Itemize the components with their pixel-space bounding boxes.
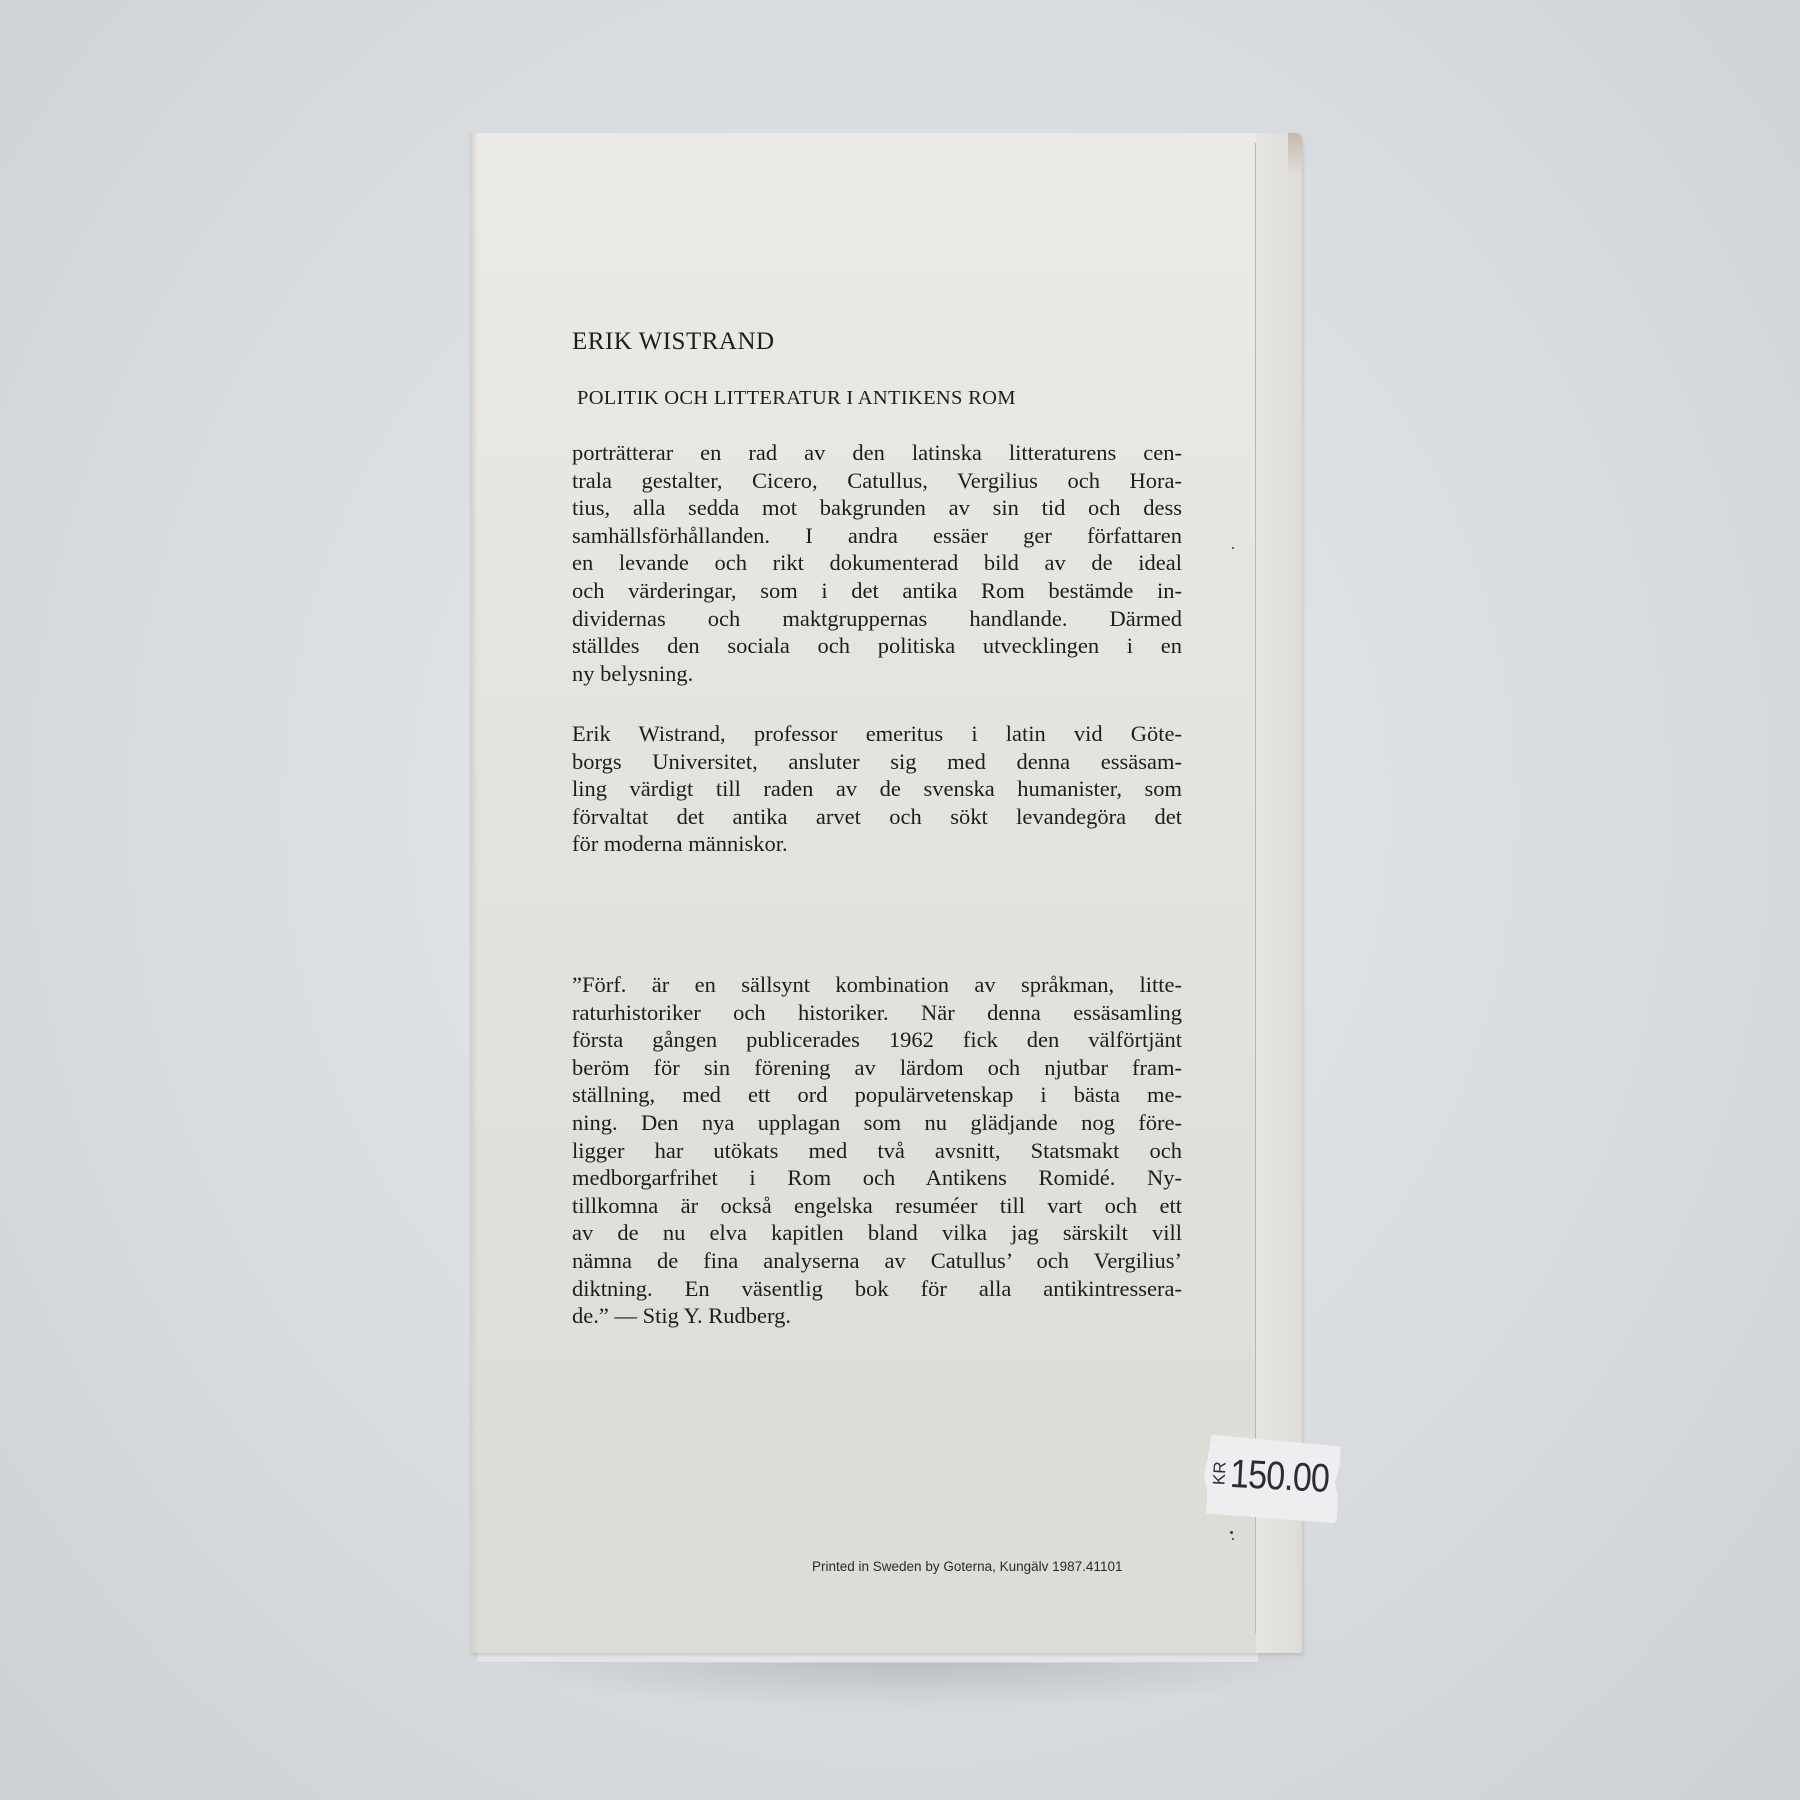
price-currency: KR xyxy=(1209,1461,1230,1486)
text-line: borgs Universitet, ansluter sig med denn… xyxy=(572,748,1182,776)
text-line: ”Förf. är en sällsynt kombination av spr… xyxy=(572,971,1182,999)
text-line: trala gestalter, Cicero, Catullus, Vergi… xyxy=(572,467,1182,495)
book-back-cover: ERIK WISTRAND POLITIK OCH LITTERATUR I A… xyxy=(470,133,1302,1653)
text-line: ny belysning. xyxy=(572,660,1182,688)
price-value: 150.00 xyxy=(1229,1452,1330,1502)
book-title: POLITIK OCH LITTERATUR I ANTIKENS ROM xyxy=(577,387,1016,410)
text-line: ligger har utökats med två avsnitt, Stat… xyxy=(572,1137,1182,1165)
text-line: raturhistoriker och historiker. När denn… xyxy=(572,999,1182,1027)
price-sticker: KR 150.00 xyxy=(1202,1435,1341,1524)
printer-imprint: Printed in Sweden by Goterna, Kungälv 19… xyxy=(812,1559,1122,1574)
text-line: tius, alla sedda mot bakgrunden av sin t… xyxy=(572,494,1182,522)
text-line: diktning. En väsentlig bok för alla anti… xyxy=(572,1275,1182,1303)
text-line: förvaltat det antika arvet och sökt leva… xyxy=(572,803,1182,831)
text-line: samhällsförhållanden. I andra essäer ger… xyxy=(572,522,1182,550)
text-line: för moderna människor. xyxy=(572,830,1182,858)
text-line: beröm för sin förening av lärdom och nju… xyxy=(572,1054,1182,1082)
text-line: dividernas och maktgruppernas handlande.… xyxy=(572,605,1182,633)
text-line: ställning, med ett ord populärvetenskap … xyxy=(572,1081,1182,1109)
blurb-paragraph-1: porträtterar en rad av den latinska litt… xyxy=(572,439,1182,687)
review-quote-paragraph: ”Förf. är en sällsynt kombination av spr… xyxy=(572,971,1182,1330)
text-line: ling värdigt till raden av de svenska hu… xyxy=(572,775,1182,803)
text-line: ning. Den nya upplagan som nu glädjande … xyxy=(572,1109,1182,1137)
stain-speck xyxy=(1232,547,1234,549)
text-line: av de nu elva kapitlen bland vilka jag s… xyxy=(572,1219,1182,1247)
text-line: ställdes den sociala och politiska utvec… xyxy=(572,632,1182,660)
stain-speck xyxy=(1230,1531,1233,1534)
cover-hinge-crease xyxy=(1255,143,1256,1633)
author-bio-paragraph: Erik Wistrand, professor emeritus i lati… xyxy=(572,720,1182,858)
stain-speck xyxy=(1232,1538,1234,1540)
text-line: de.” — Stig Y. Rudberg. xyxy=(572,1302,1182,1330)
text-line: en levande och rikt dokumenterad bild av… xyxy=(572,549,1182,577)
text-line: tillkomna är också engelska resuméer til… xyxy=(572,1192,1182,1220)
author-name: ERIK WISTRAND xyxy=(572,328,775,356)
text-line: första gången publicerades 1962 fick den… xyxy=(572,1026,1182,1054)
text-line: medborgarfrihet i Rom och Antikens Romid… xyxy=(572,1164,1182,1192)
text-line: porträtterar en rad av den latinska litt… xyxy=(572,439,1182,467)
text-line: Erik Wistrand, professor emeritus i lati… xyxy=(572,720,1182,748)
corner-wear xyxy=(1288,133,1302,173)
cover-flap xyxy=(1256,133,1302,1653)
text-line: nämna de fina analyserna av Catullus’ oc… xyxy=(572,1247,1182,1275)
text-line: och värderingar, som i det antika Rom be… xyxy=(572,577,1182,605)
